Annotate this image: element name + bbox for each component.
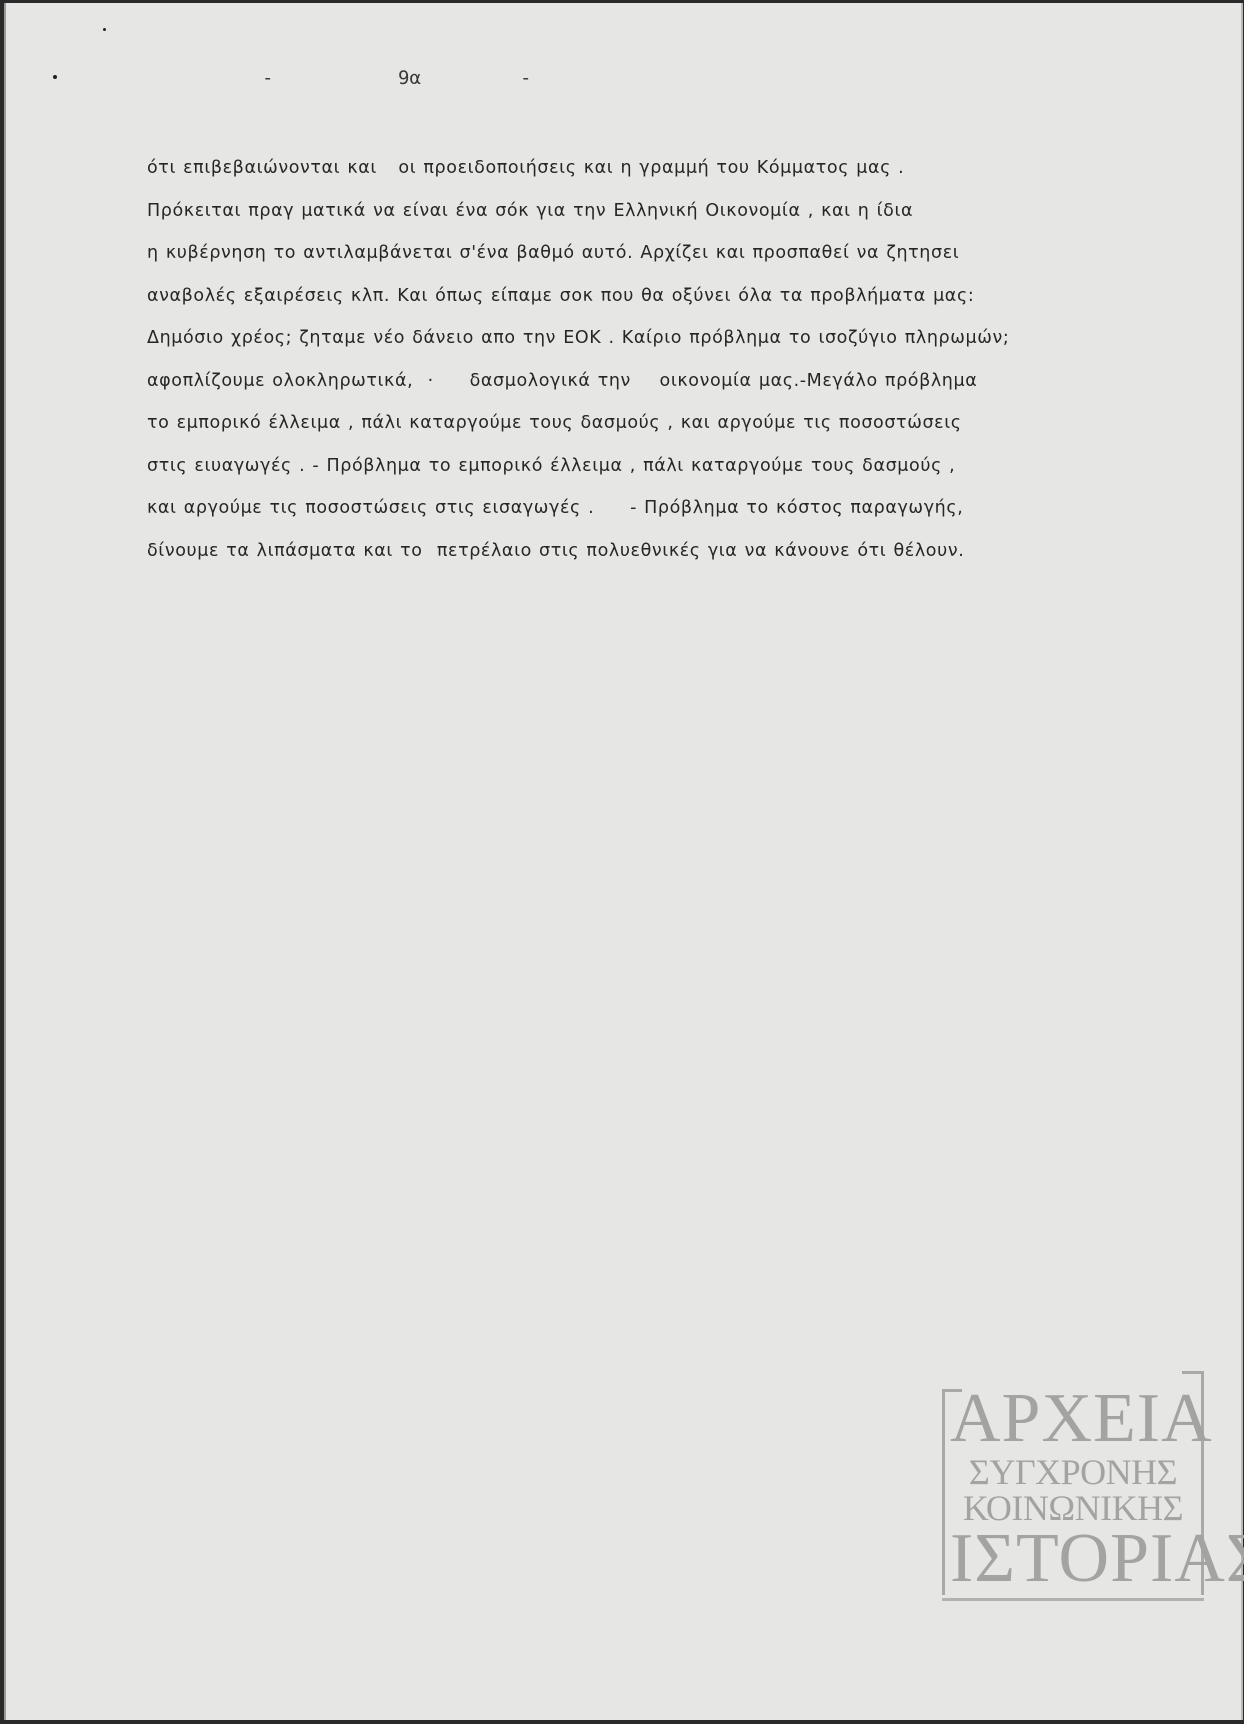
- body-text: ότι επιβεβαιώνονται και οι προειδοποιήσε…: [147, 147, 1227, 572]
- ink-speck: [53, 75, 57, 79]
- document-page: - 9α - ότι επιβεβαιώνονται και οι προειδ…: [4, 3, 1243, 1720]
- text-line: ότι επιβεβαιώνονται και οι προειδοποιήσε…: [147, 147, 1227, 190]
- text-line: δίνουμε τα λιπάσματα και το πετρέλαιο στ…: [147, 530, 1227, 573]
- stamp-line-archives: ΑΡΧΕΙΑ: [950, 1383, 1196, 1455]
- text-line: αναβολές εξαιρέσεις κλπ. Και όπως είπαμε…: [147, 275, 1227, 318]
- page-number-value: 9α: [398, 67, 421, 89]
- stamp-frame: [1182, 1371, 1204, 1374]
- page-number-right-dash: -: [520, 67, 531, 89]
- text-line: αφοπλίζουμε ολοκληρωτικά, · δασμολογικά …: [147, 360, 1227, 403]
- text-line: στις ειυαγωγές . - Πρόβλημα το εμπορικό …: [147, 445, 1227, 488]
- text-line: Πρόκειται πραγ ματικά να είναι ένα σόκ γ…: [147, 190, 1227, 233]
- text-line: η κυβέρνηση το αντιλαμβάνεται σ'ένα βαθμ…: [147, 232, 1227, 275]
- archive-stamp-logo: ΑΡΧΕΙΑ ΣΥΓΧΡΟΝΗΣ ΚΟΙΝΩΝΙΚΗΣ ΙΣΤΟΡΙΑΣ: [942, 1389, 1204, 1595]
- stamp-line-history: ΙΣΤΟΡΙΑΣ: [950, 1523, 1196, 1595]
- stamp-frame: [942, 1598, 1204, 1601]
- stamp-frame: [942, 1389, 945, 1595]
- ink-speck: [103, 28, 106, 31]
- text-line: και αργούμε τις ποσοστώσεις στις εισαγωγ…: [147, 487, 1227, 530]
- stamp-line-contemporary: ΣΥΓΧΡΟΝΗΣ: [950, 1453, 1196, 1491]
- page-number-left-dash: -: [262, 67, 273, 89]
- text-line: Δημόσιο χρέος; ζηταμε νέο δάνειο απο την…: [147, 317, 1227, 360]
- text-line: το εμπορικό έλλειμα , πάλι καταργούμε το…: [147, 402, 1227, 445]
